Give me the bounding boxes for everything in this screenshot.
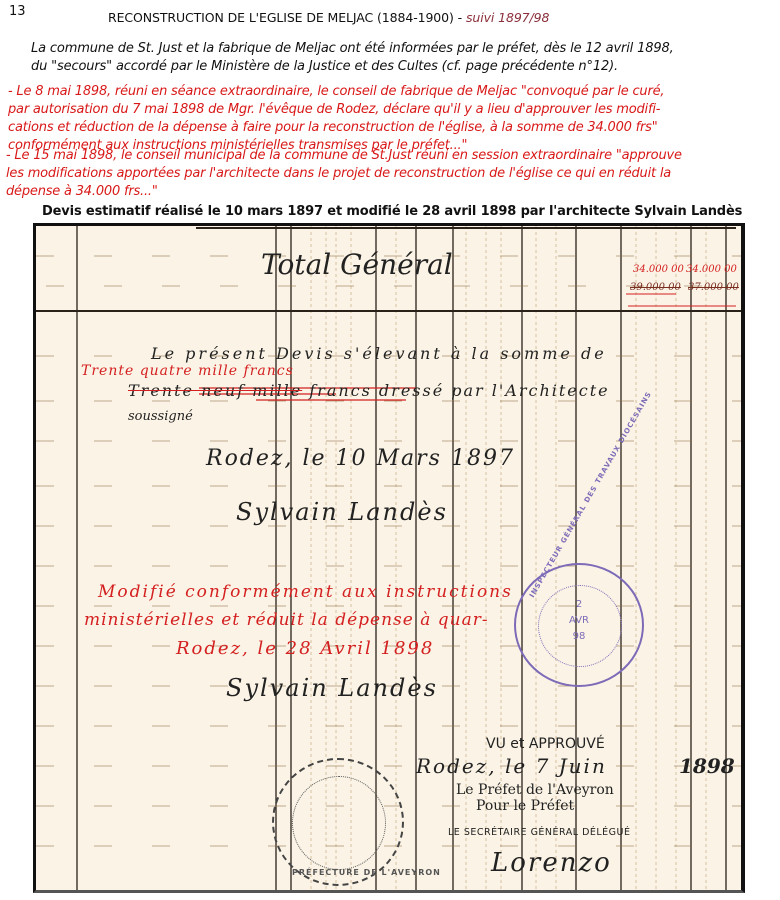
stamp-year: 98 [516,629,642,645]
devis-amount-struck: Trente neuf mille [128,381,302,400]
event-line: cations et réduction de la dépense à fai… [8,119,780,137]
page-number: 13 [9,4,26,19]
stamp-inner-ring [292,776,386,870]
stamp-inspecteur-general: INSPECTEUR GÉNÉRAL DES TRAVAUX DIOCÉSAIN… [514,563,644,687]
devis-line-2-rest: francs dressé par l'Architecte [309,381,609,400]
scanned-devis-document: Total Général 34.000 00 34.000 00 39.000… [33,223,745,893]
place-date-1897: Rodez, le 10 Mars 1897 [206,446,515,471]
prefet-aveyron: Le Préfet de l'Aveyron [456,782,614,798]
modification-line-2: ministérielles et réduit la dépense à qu… [84,610,489,630]
devis-correction: Trente quatre mille francs [81,363,294,379]
signature-prefecture: Lorenzo [491,848,612,878]
event-line: - Le 8 mai 1898, réuni en séance extraor… [8,83,780,101]
event-line: les modifications apportées par l'archit… [6,165,778,183]
event-15-mai-1898: - Le 15 mai 1898, le conseil municipal d… [6,147,778,201]
signature-text: Sylvain Landès [226,674,438,702]
title-separator: - [454,10,466,25]
event-line: dépense à 34.000 frs..." [6,183,778,201]
vu-et-approuve: VU et APPROUVÉ [486,736,605,752]
event-line: par autorisation du 7 mai 1898 de Mgr. l… [8,101,780,119]
devis-line-3: soussigné [128,409,193,424]
total-general-heading: Total Général [261,248,453,281]
pour-le-prefet: Pour le Préfet [476,798,574,814]
stamp-month: AVR [516,613,642,629]
page-title: RECONSTRUCTION DE L'EGLISE DE MELJAC (18… [108,10,549,25]
devis-line-1: Le présent Devis s'élevant à la somme de [151,344,607,363]
title-main: RECONSTRUCTION DE L'EGLISE DE MELJAC (18… [108,10,454,25]
stamp-day: 2 [516,597,642,613]
approval-date-year: 1898 [679,754,735,778]
amount-original-2: 37.000 00 [688,282,739,293]
approval-date-left: Rodez, le 7 Juin [416,754,607,778]
devis-line-2: Trente neuf mille francs dressé par l'Ar… [128,381,610,400]
stamp-date: 2 AVR 98 [516,597,642,645]
modification-line-1: Modifié conformément aux instructions [98,582,513,602]
stamp-ring-text: PRÉFECTURE DE L'AVEYRON [292,868,441,877]
amount-corrected-2: 34.000 00 [686,264,737,275]
secretaire-general-delegue: LE SECRÉTAIRE GÉNÉRAL DÉLÉGUÉ [448,827,631,838]
modification-date-1898: Rodez, le 28 Avril 1898 [176,638,434,659]
signature-landes-1897: Sylvain Landès [236,498,448,526]
intro-line: La commune de St. Just et la fabrique de… [31,40,776,58]
document-caption: Devis estimatif réalisé le 10 mars 1897 … [42,204,742,219]
intro-paragraph: La commune de St. Just et la fabrique de… [31,40,776,76]
intro-line: du "secours" accordé par le Ministère de… [31,58,776,76]
event-line: - Le 15 mai 1898, le conseil municipal d… [6,147,778,165]
amount-original-1: 39.000 00 [630,282,681,293]
amount-corrected-1: 34.000 00 [633,264,684,275]
signature-landes-1898: Sylvain Landès [226,674,438,702]
event-8-mai-1898: - Le 8 mai 1898, réuni en séance extraor… [8,83,780,155]
title-subtitle: suivi 1897/98 [466,10,549,25]
stamp-prefecture: PRÉFECTURE DE L'AVEYRON [272,758,404,886]
